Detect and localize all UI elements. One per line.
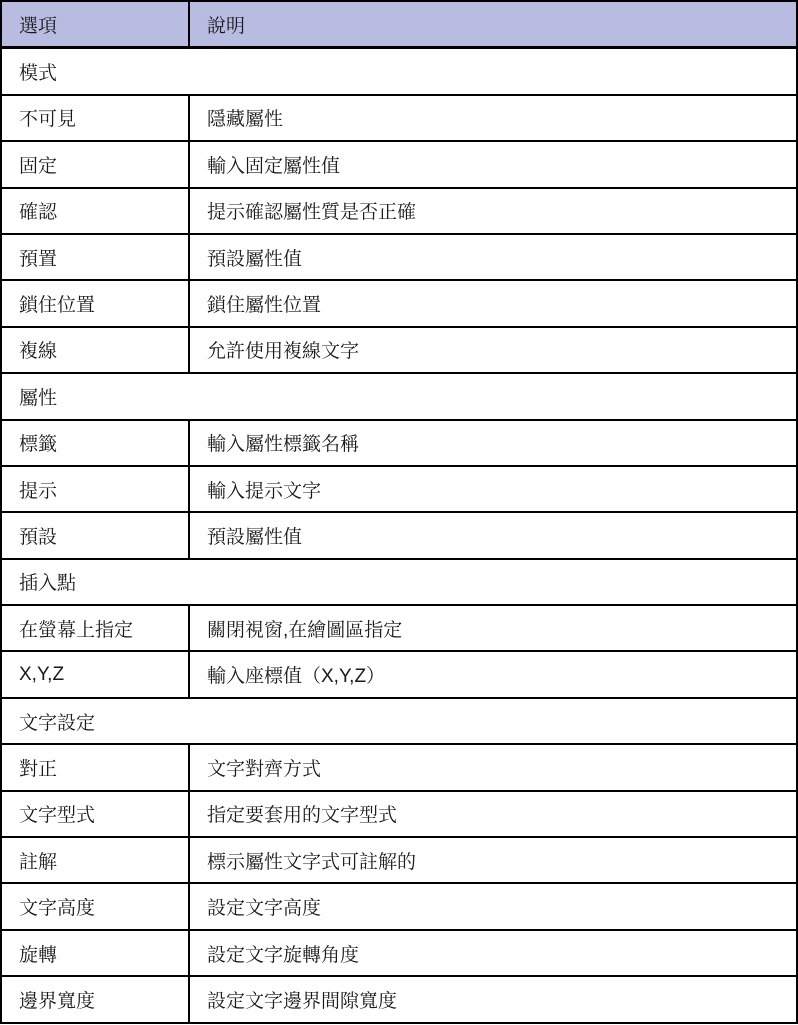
- table-row: 預設預設屬性值: [1, 512, 797, 558]
- table-row: 鎖住位置鎖住屬性位置: [1, 280, 797, 326]
- description-cell: 隱藏屬性: [189, 95, 797, 141]
- option-cell: 確認: [1, 188, 189, 234]
- option-cell: 在螢幕上指定: [1, 605, 189, 651]
- description-cell: 設定文字邊界間隙寬度: [189, 976, 797, 1022]
- table-row: 文字型式指定要套用的文字型式: [1, 791, 797, 837]
- option-cell: X,Y,Z: [1, 651, 189, 697]
- table-row: X,Y,Z輸入座標值（X,Y,Z）: [1, 651, 797, 697]
- table-row: 提示輸入提示文字: [1, 466, 797, 512]
- table-row: 固定輸入固定屬性值: [1, 141, 797, 187]
- attribute-options-page: 選項 說明 模式不可見隱藏屬性固定輸入固定屬性值確認提示確認屬性質是否正確預置預…: [0, 0, 798, 1025]
- column-header-description: 說明: [189, 1, 797, 48]
- option-cell: 複線: [1, 327, 189, 373]
- section-row: 屬性: [1, 373, 797, 419]
- option-cell: 對正: [1, 744, 189, 790]
- table-row: 確認提示確認屬性質是否正確: [1, 188, 797, 234]
- description-cell: 設定文字旋轉角度: [189, 930, 797, 976]
- description-cell: 預設屬性值: [189, 234, 797, 280]
- option-cell: 文字高度: [1, 883, 189, 929]
- description-cell: 允許使用複線文字: [189, 327, 797, 373]
- table-row: 標籤輸入屬性標籤名稱: [1, 420, 797, 466]
- section-label: 屬性: [1, 373, 797, 419]
- table-row: 旋轉設定文字旋轉角度: [1, 930, 797, 976]
- option-cell: 邊界寬度: [1, 976, 189, 1022]
- section-row: 插入點: [1, 559, 797, 605]
- description-cell: 指定要套用的文字型式: [189, 791, 797, 837]
- option-cell: 標籤: [1, 420, 189, 466]
- section-label: 文字設定: [1, 698, 797, 744]
- description-cell: 鎖住屬性位置: [189, 280, 797, 326]
- table-row: 文字高度設定文字高度: [1, 883, 797, 929]
- description-cell: 標示屬性文字式可註解的: [189, 837, 797, 883]
- description-cell: 提示確認屬性質是否正確: [189, 188, 797, 234]
- table-body: 模式不可見隱藏屬性固定輸入固定屬性值確認提示確認屬性質是否正確預置預設屬性值鎖住…: [1, 48, 797, 1023]
- description-cell: 輸入固定屬性值: [189, 141, 797, 187]
- option-cell: 旋轉: [1, 930, 189, 976]
- description-cell: 設定文字高度: [189, 883, 797, 929]
- header-row: 選項 說明: [1, 1, 797, 48]
- option-cell: 鎖住位置: [1, 280, 189, 326]
- section-row: 文字設定: [1, 698, 797, 744]
- table-row: 對正文字對齊方式: [1, 744, 797, 790]
- description-cell: 輸入提示文字: [189, 466, 797, 512]
- option-cell: 不可見: [1, 95, 189, 141]
- description-cell: 輸入屬性標籤名稱: [189, 420, 797, 466]
- option-cell: 提示: [1, 466, 189, 512]
- option-cell: 固定: [1, 141, 189, 187]
- table-row: 註解標示屬性文字式可註解的: [1, 837, 797, 883]
- table-row: 不可見隱藏屬性: [1, 95, 797, 141]
- column-header-option: 選項: [1, 1, 189, 48]
- option-cell: 預置: [1, 234, 189, 280]
- description-cell: 關閉視窗,在繪圖區指定: [189, 605, 797, 651]
- table-row: 預置預設屬性值: [1, 234, 797, 280]
- section-label: 模式: [1, 48, 797, 95]
- table-row: 複線允許使用複線文字: [1, 327, 797, 373]
- description-cell: 輸入座標值（X,Y,Z）: [189, 651, 797, 697]
- description-cell: 文字對齊方式: [189, 744, 797, 790]
- options-table: 選項 說明 模式不可見隱藏屬性固定輸入固定屬性值確認提示確認屬性質是否正確預置預…: [0, 0, 798, 1024]
- description-cell: 預設屬性值: [189, 512, 797, 558]
- option-cell: 預設: [1, 512, 189, 558]
- section-label: 插入點: [1, 559, 797, 605]
- section-row: 模式: [1, 48, 797, 95]
- option-cell: 註解: [1, 837, 189, 883]
- table-row: 邊界寬度設定文字邊界間隙寬度: [1, 976, 797, 1022]
- table-row: 在螢幕上指定關閉視窗,在繪圖區指定: [1, 605, 797, 651]
- option-cell: 文字型式: [1, 791, 189, 837]
